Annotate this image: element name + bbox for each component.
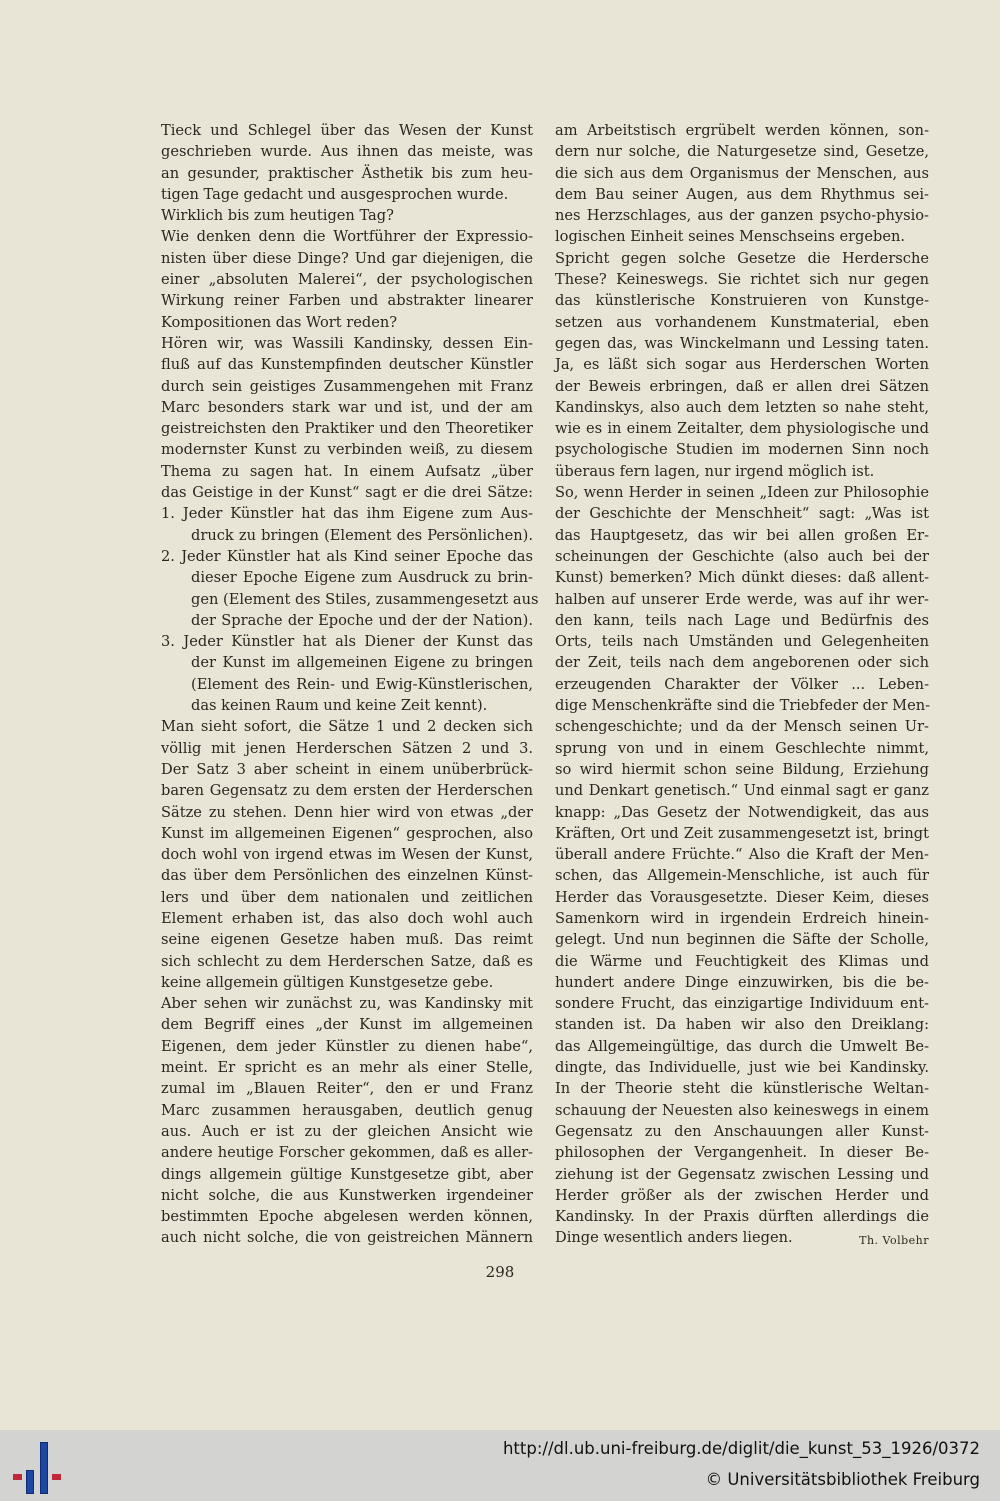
text-line: auch nicht solche, die von geistreichen … [161,1227,533,1248]
text-line: Der Satz 3 aber scheint in einem unüberb… [161,759,533,780]
text-line: das Hauptgesetz, das wir bei allen große… [555,525,929,546]
text-line: 3. Jeder Künstler hat als Diener der Kun… [161,631,533,652]
scanned-page: Tieck und Schlegel über das Wesen der Ku… [0,0,1000,1430]
text-line: Marc zusammen herausgaben, deutlich genu… [161,1100,533,1121]
text-line: der Geschichte der Menschheit“ sagt: „Wa… [555,503,929,524]
text-line: erzeugenden Charakter der Völker ... Leb… [555,674,929,695]
permalink-url[interactable]: http://dl.ub.uni-freiburg.de/diglit/die_… [503,1439,980,1458]
logo-blue-bar-tall [40,1442,48,1494]
text-line: Kunst im allgemeinen Eigenen“ gesprochen… [161,823,533,844]
text-line: setzen aus vorhandenem Kunstmaterial, eb… [555,312,929,333]
text-line: nisten über diese Dinge? Und gar diejeni… [161,248,533,269]
logo-red-dash-right [52,1474,61,1480]
text-line: standen ist. Da haben wir also den Dreik… [555,1014,929,1035]
text-line: Kandinskys, also auch dem letzten so nah… [555,397,929,418]
copyright-notice: © Universitätsbibliothek Freiburg [706,1470,980,1489]
text-line: geschrieben wurde. Aus ihnen das meiste,… [161,141,533,162]
text-line: doch wohl von irgend etwas im Wesen der … [161,844,533,865]
text-line: andere heutige Forscher gekommen, daß es… [161,1142,533,1163]
text-line: lers und über dem nationalen und zeitlic… [161,887,533,908]
text-line: gelegt. Und nun beginnen die Säfte der S… [555,929,929,950]
text-line: baren Gegensatz zu dem ersten der Herder… [161,780,533,801]
text-line: Kandinsky. In der Praxis dürften allerdi… [555,1206,929,1227]
text-line: psychologische Studien im modernen Sinn … [555,439,929,460]
text-line: so wird hiermit schon seine Bildung, Erz… [555,759,929,780]
text-line: schauung der Neuesten also keineswegs in… [555,1100,929,1121]
text-line: sprung von und in einem Geschlechte nimm… [555,738,929,759]
text-line: These? Keineswegs. Sie richtet sich nur … [555,269,929,290]
text-line: Thema zu sagen hat. In einem Aufsatz „üb… [161,461,533,482]
text-line: der Beweis erbringen, daß er allen drei … [555,376,929,397]
text-line: Wirkung reiner Farben und abstrakter lin… [161,290,533,311]
text-line: das Allgemeingültige, das durch die Umwe… [555,1036,929,1057]
text-line-content: Dinge wesentlich anders liegen. [555,1227,793,1251]
text-line: tigen Tage gedacht und ausgesprochen wur… [161,184,533,205]
text-line: das künstlerische Konstruieren von Kunst… [555,290,929,311]
text-line: modernster Kunst zu verbinden weiß, zu d… [161,439,533,460]
text-line: überaus fern lagen, nur irgend möglich i… [555,461,929,482]
text-line: das Geistige in der Kunst“ sagt er die d… [161,482,533,503]
left-text-column: Tieck und Schlegel über das Wesen der Ku… [161,120,533,1249]
text-line: dings allgemein gültige Kunstgesetze gib… [161,1164,533,1185]
text-line: Gegensatz zu den Anschauungen aller Kuns… [555,1121,929,1142]
text-line: In der Theorie steht die künstlerische W… [555,1078,929,1099]
text-line: Kunst) bemerken? Mich dünkt dieses: daß … [555,567,929,588]
right-text-column: am Arbeitstisch ergrübelt werden können,… [555,120,929,1252]
text-line: Samenkorn wird in irgendein Erdreich hin… [555,908,929,929]
text-line: meint. Er spricht es an mehr als einer S… [161,1057,533,1078]
text-line: geistreichsten den Praktiker und den The… [161,418,533,439]
text-line: gegen das, was Winckelmann und Lessing t… [555,333,929,354]
logo-red-dash-left [13,1474,22,1480]
text-line: Herder größer als der zwischen Herder un… [555,1185,929,1206]
text-line: Herder das Vorausgesetzte. Dieser Keim, … [555,887,929,908]
text-line: druck zu bringen (Element des Persönlich… [161,525,533,546]
text-line: 1. Jeder Künstler hat das ihm Eigene zum… [161,503,533,524]
text-line: zumal im „Blauen Reiter“, den er und Fra… [161,1078,533,1099]
text-line: die Wärme und Feuchtigkeit des Klimas un… [555,951,929,972]
text-line: durch sein geistiges Zusammengehen mit F… [161,376,533,397]
text-line: Man sieht sofort, die Sätze 1 und 2 deck… [161,716,533,737]
text-line: das über dem Persönlichen des einzelnen … [161,865,533,886]
text-line: die sich aus dem Organismus der Menschen… [555,163,929,184]
text-line: bestimmten Epoche abgelesen werden könne… [161,1206,533,1227]
text-line: sich schlecht zu dem Herderschen Satze, … [161,951,533,972]
text-line: Kompositionen das Wort reden? [161,312,533,333]
text-line: schengeschichte; und da der Mensch seine… [555,716,929,737]
text-line: Spricht gegen solche Gesetze die Herders… [555,248,929,269]
text-line: (Element des Rein- und Ewig-Künstlerisch… [161,674,533,695]
text-line: den kann, teils nach Lage und Bedürfnis … [555,610,929,631]
text-line: fluß auf das Kunstempfinden deutscher Kü… [161,354,533,375]
text-line: überall andere Früchte.“ Also die Kraft … [555,844,929,865]
text-line: der Sprache der Epoche und der der Natio… [161,610,533,631]
text-line: der Zeit, teils nach dem angeborenen ode… [555,652,929,673]
text-line: Eigenen, dem jeder Künstler zu dienen ha… [161,1036,533,1057]
text-line: dem Begriff eines „der Kunst im allgemei… [161,1014,533,1035]
author-signature: Th. Volbehr [859,1227,929,1251]
text-line: philosophen der Vergangenheit. In dieser… [555,1142,929,1163]
text-line: ziehung ist der Gegensatz zwischen Lessi… [555,1164,929,1185]
text-line: dern nur solche, die Naturgesetze sind, … [555,141,929,162]
text-line: einer „absoluten Malerei“, der psycholog… [161,269,533,290]
text-line: Marc besonders stark war und ist, und de… [161,397,533,418]
text-line: keine allgemein gültigen Kunstgesetze ge… [161,972,533,993]
text-line: nicht solche, die aus Kunstwerken irgend… [161,1185,533,1206]
text-line: völlig mit jenen Herderschen Sätzen 2 un… [161,738,533,759]
text-line: Element erhaben ist, das also doch wohl … [161,908,533,929]
text-line: 2. Jeder Künstler hat als Kind seiner Ep… [161,546,533,567]
text-line: Orts, teils nach Umständen und Gelegenhe… [555,631,929,652]
text-line: seine eigenen Gesetze haben muß. Das rei… [161,929,533,950]
text-line: scheinungen der Geschichte (also auch be… [555,546,929,567]
text-line: wie es in einem Zeitalter, dem physiolog… [555,418,929,439]
text-line: sondere Frucht, das einzigartige Individ… [555,993,929,1014]
text-line: dieser Epoche Eigene zum Ausdruck zu bri… [161,567,533,588]
text-line: schen, das Allgemein-Menschliche, ist au… [555,865,929,886]
text-line: Tieck und Schlegel über das Wesen der Ku… [161,120,533,141]
text-line: Sätze zu stehen. Denn hier wird von etwa… [161,802,533,823]
text-line: aus. Auch er ist zu der gleichen Ansicht… [161,1121,533,1142]
text-line: halben auf unserer Erde werde, was auf i… [555,589,929,610]
text-line: Dinge wesentlich anders liegen.Th. Volbe… [555,1227,929,1251]
text-line: nes Herzschlages, aus der ganzen psycho-… [555,205,929,226]
text-line: und Denkart genetisch.“ Und einmal sagt … [555,780,929,801]
text-line: logischen Einheit seines Menschseins erg… [555,226,929,247]
text-line: dige Menschenkräfte sind die Triebfeder … [555,695,929,716]
text-line: Wirklich bis zum heutigen Tag? [161,205,533,226]
text-line: knapp: „Das Gesetz der Notwendigkeit, da… [555,802,929,823]
text-line: So, wenn Herder in seinen „Ideen zur Phi… [555,482,929,503]
text-line: Ja, es läßt sich sogar aus Herderschen W… [555,354,929,375]
text-line: der Kunst im allgemeinen Eigene zu bring… [161,652,533,673]
text-line: Hören wir, was Wassili Kandinsky, dessen… [161,333,533,354]
text-line: Aber sehen wir zunächst zu, was Kandinsk… [161,993,533,1014]
text-line: am Arbeitstisch ergrübelt werden können,… [555,120,929,141]
library-footer-bar: http://dl.ub.uni-freiburg.de/diglit/die_… [0,1430,1000,1501]
text-line: an gesunder, praktischer Ästhetik bis zu… [161,163,533,184]
text-line: Wie denken denn die Wortführer der Expre… [161,226,533,247]
page-number: 298 [0,1263,1000,1281]
ub-freiburg-logo-icon[interactable] [0,1430,70,1501]
logo-blue-bar-short [26,1470,34,1494]
text-line: gen (Element des Stiles, zusammengesetzt… [161,589,533,610]
text-line: hundert andere Dinge einzuwirken, bis di… [555,972,929,993]
text-line: Kräften, Ort und Zeit zusammengesetzt is… [555,823,929,844]
text-line: das keinen Raum und keine Zeit kennt). [161,695,533,716]
text-line: dem Bau seiner Augen, aus dem Rhythmus s… [555,184,929,205]
text-line: dingte, das Individuelle, just wie bei K… [555,1057,929,1078]
